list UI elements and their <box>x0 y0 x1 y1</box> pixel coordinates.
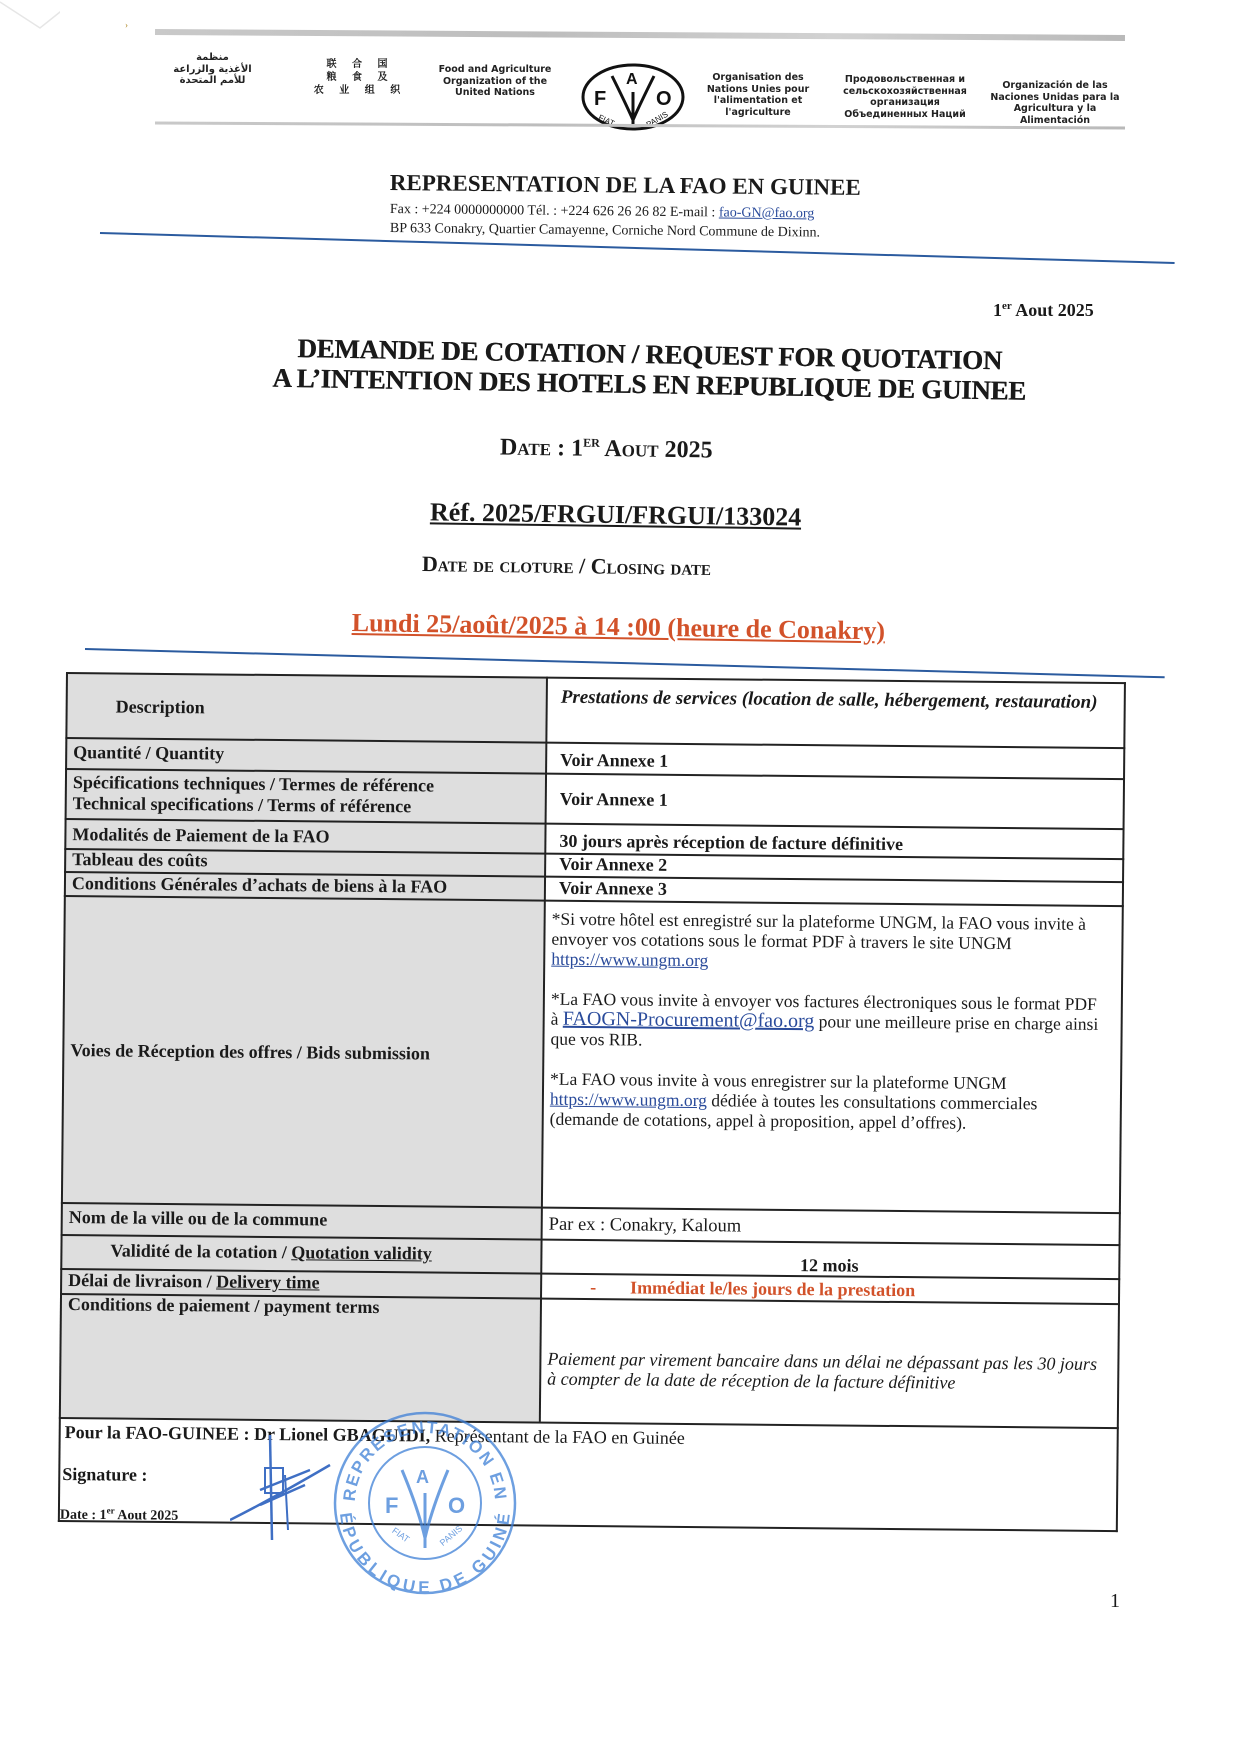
row-label-payment-terms: Conditions de paiement / payment terms <box>68 1294 380 1318</box>
fao-logo-icon: F A O FIAT PANIS <box>580 62 686 132</box>
document-title: DEMANDE DE COTATION / REQUEST FOR QUOTAT… <box>234 332 1065 406</box>
row-value-payment-modalities: 30 jours après réception de facture défi… <box>559 831 903 855</box>
svg-text:FIAT: FIAT <box>390 1525 412 1544</box>
bids-note-invoices: *La FAO vous invite à envoyer vos factur… <box>550 989 1109 1054</box>
office-contact: Fax : +224 0000000000 Tél. : +224 626 26… <box>390 202 815 222</box>
row-label-payment-modalities: Modalités de Paiement de la FAO <box>72 824 329 847</box>
reference-number: Réf. 2025/FRGUI/FRGUI/133024 <box>430 497 802 532</box>
svg-text:O: O <box>448 1493 465 1518</box>
signature-date: Date : 1er Aout 2025 <box>60 1500 179 1527</box>
row-label-cost-table: Tableau des coûts <box>72 849 208 871</box>
letterhead-english: Food and Agriculture Organization of the… <box>430 64 560 99</box>
row-value-quantity: Voir Annexe 1 <box>560 750 668 772</box>
letterhead-russian: Продовольственная и сельскохозяйственная… <box>830 74 980 120</box>
row-value-specifications: Voir Annexe 1 <box>560 789 668 811</box>
letterhead-french: Organisation des Nations Unies pour l'al… <box>703 72 813 118</box>
row-label-description: Description <box>116 696 205 718</box>
row-label-specifications: Spécifications techniques / Termes de ré… <box>73 772 434 817</box>
letterhead-arabic: منظمة الأغذية والزراعة للأمم المتحدة <box>160 52 265 87</box>
official-stamp-icon: REPRÉSENTATION EN RÉPUBLIQUE DE GUINÉE F… <box>330 1408 520 1598</box>
letterhead-spanish: Organización de las Naciones Unidas para… <box>990 80 1120 126</box>
page-fold-mark <box>0 0 60 40</box>
row-label-delivery-time: Délai de livraison / Delivery time <box>68 1270 320 1293</box>
row-label-bids-submission: Voies de Réception des offres / Bids sub… <box>70 1040 430 1064</box>
row-value-general-conditions: Voir Annexe 3 <box>559 878 667 900</box>
svg-text:A: A <box>416 1467 429 1487</box>
office-address: BP 633 Conakry, Quartier Camayenne, Corn… <box>390 221 820 242</box>
row-label-city: Nom de la ville ou de la commune <box>69 1207 328 1230</box>
ungm-register-link[interactable]: https://www.ungm.org <box>550 1089 707 1111</box>
svg-text:F: F <box>385 1493 398 1518</box>
svg-text:PANIS: PANIS <box>438 1523 465 1548</box>
top-date: 1er Aout 2025 <box>993 300 1094 321</box>
letterhead-top-bar <box>155 29 1125 41</box>
row-value-city: Par ex : Conakry, Kaloum <box>549 1215 742 1237</box>
row-label-general-conditions: Conditions Générales d’achats de biens à… <box>72 873 447 898</box>
bids-note-register: *La FAO vous invite à vous enregistrer s… <box>550 1069 1109 1134</box>
row-value-bids-submission: *Si votre hôtel est enregistré sur la pl… <box>550 909 1110 1134</box>
letterhead-chinese: 联 合 国 粮 食 及 农 业 组 织 <box>305 58 415 97</box>
row-value-description: Prestations de services (location de sal… <box>561 685 1111 715</box>
svg-text:REPRÉSENTATION EN: REPRÉSENTATION EN <box>340 1418 510 1502</box>
rfq-table: Description Prestations de services (loc… <box>58 672 1126 1545</box>
signature-scribble-icon <box>230 1430 340 1540</box>
closing-date-label: Date de cloture / Closing date <box>422 551 711 581</box>
svg-text:A: A <box>626 71 638 88</box>
svg-text:O: O <box>656 88 672 110</box>
signature-label: Signature : <box>62 1464 147 1486</box>
office-title: REPRESENTATION DE LA FAO EN GUINEE <box>390 170 861 201</box>
ungm-link[interactable]: https://www.ungm.org <box>551 949 708 971</box>
row-label-quotation-validity: Validité de la cotation / Quotation vali… <box>110 1240 432 1264</box>
row-value-cost-table: Voir Annexe 2 <box>559 854 667 876</box>
bids-note-ungm-registered: *Si votre hôtel est enregistré sur la pl… <box>551 909 1110 974</box>
page-number: 1 <box>1110 1590 1120 1613</box>
closing-deadline: Lundi 25/août/2025 à 14 :00 (heure de Co… <box>352 608 886 646</box>
row-value-payment-terms: Paiement par virement bancaire dans un d… <box>547 1349 1107 1394</box>
scan-speck: › <box>125 20 128 30</box>
office-email-link[interactable]: fao-GN@fao.org <box>719 205 815 221</box>
row-label-quantity: Quantité / Quantity <box>73 742 224 764</box>
svg-text:F: F <box>594 88 606 110</box>
row-value-quotation-validity: 12 mois <box>540 1253 1118 1280</box>
row-value-delivery-time: -Immédiat le/les jours de la prestation <box>590 1277 915 1301</box>
document-date: Date : 1ER Aout 2025 <box>500 435 713 465</box>
